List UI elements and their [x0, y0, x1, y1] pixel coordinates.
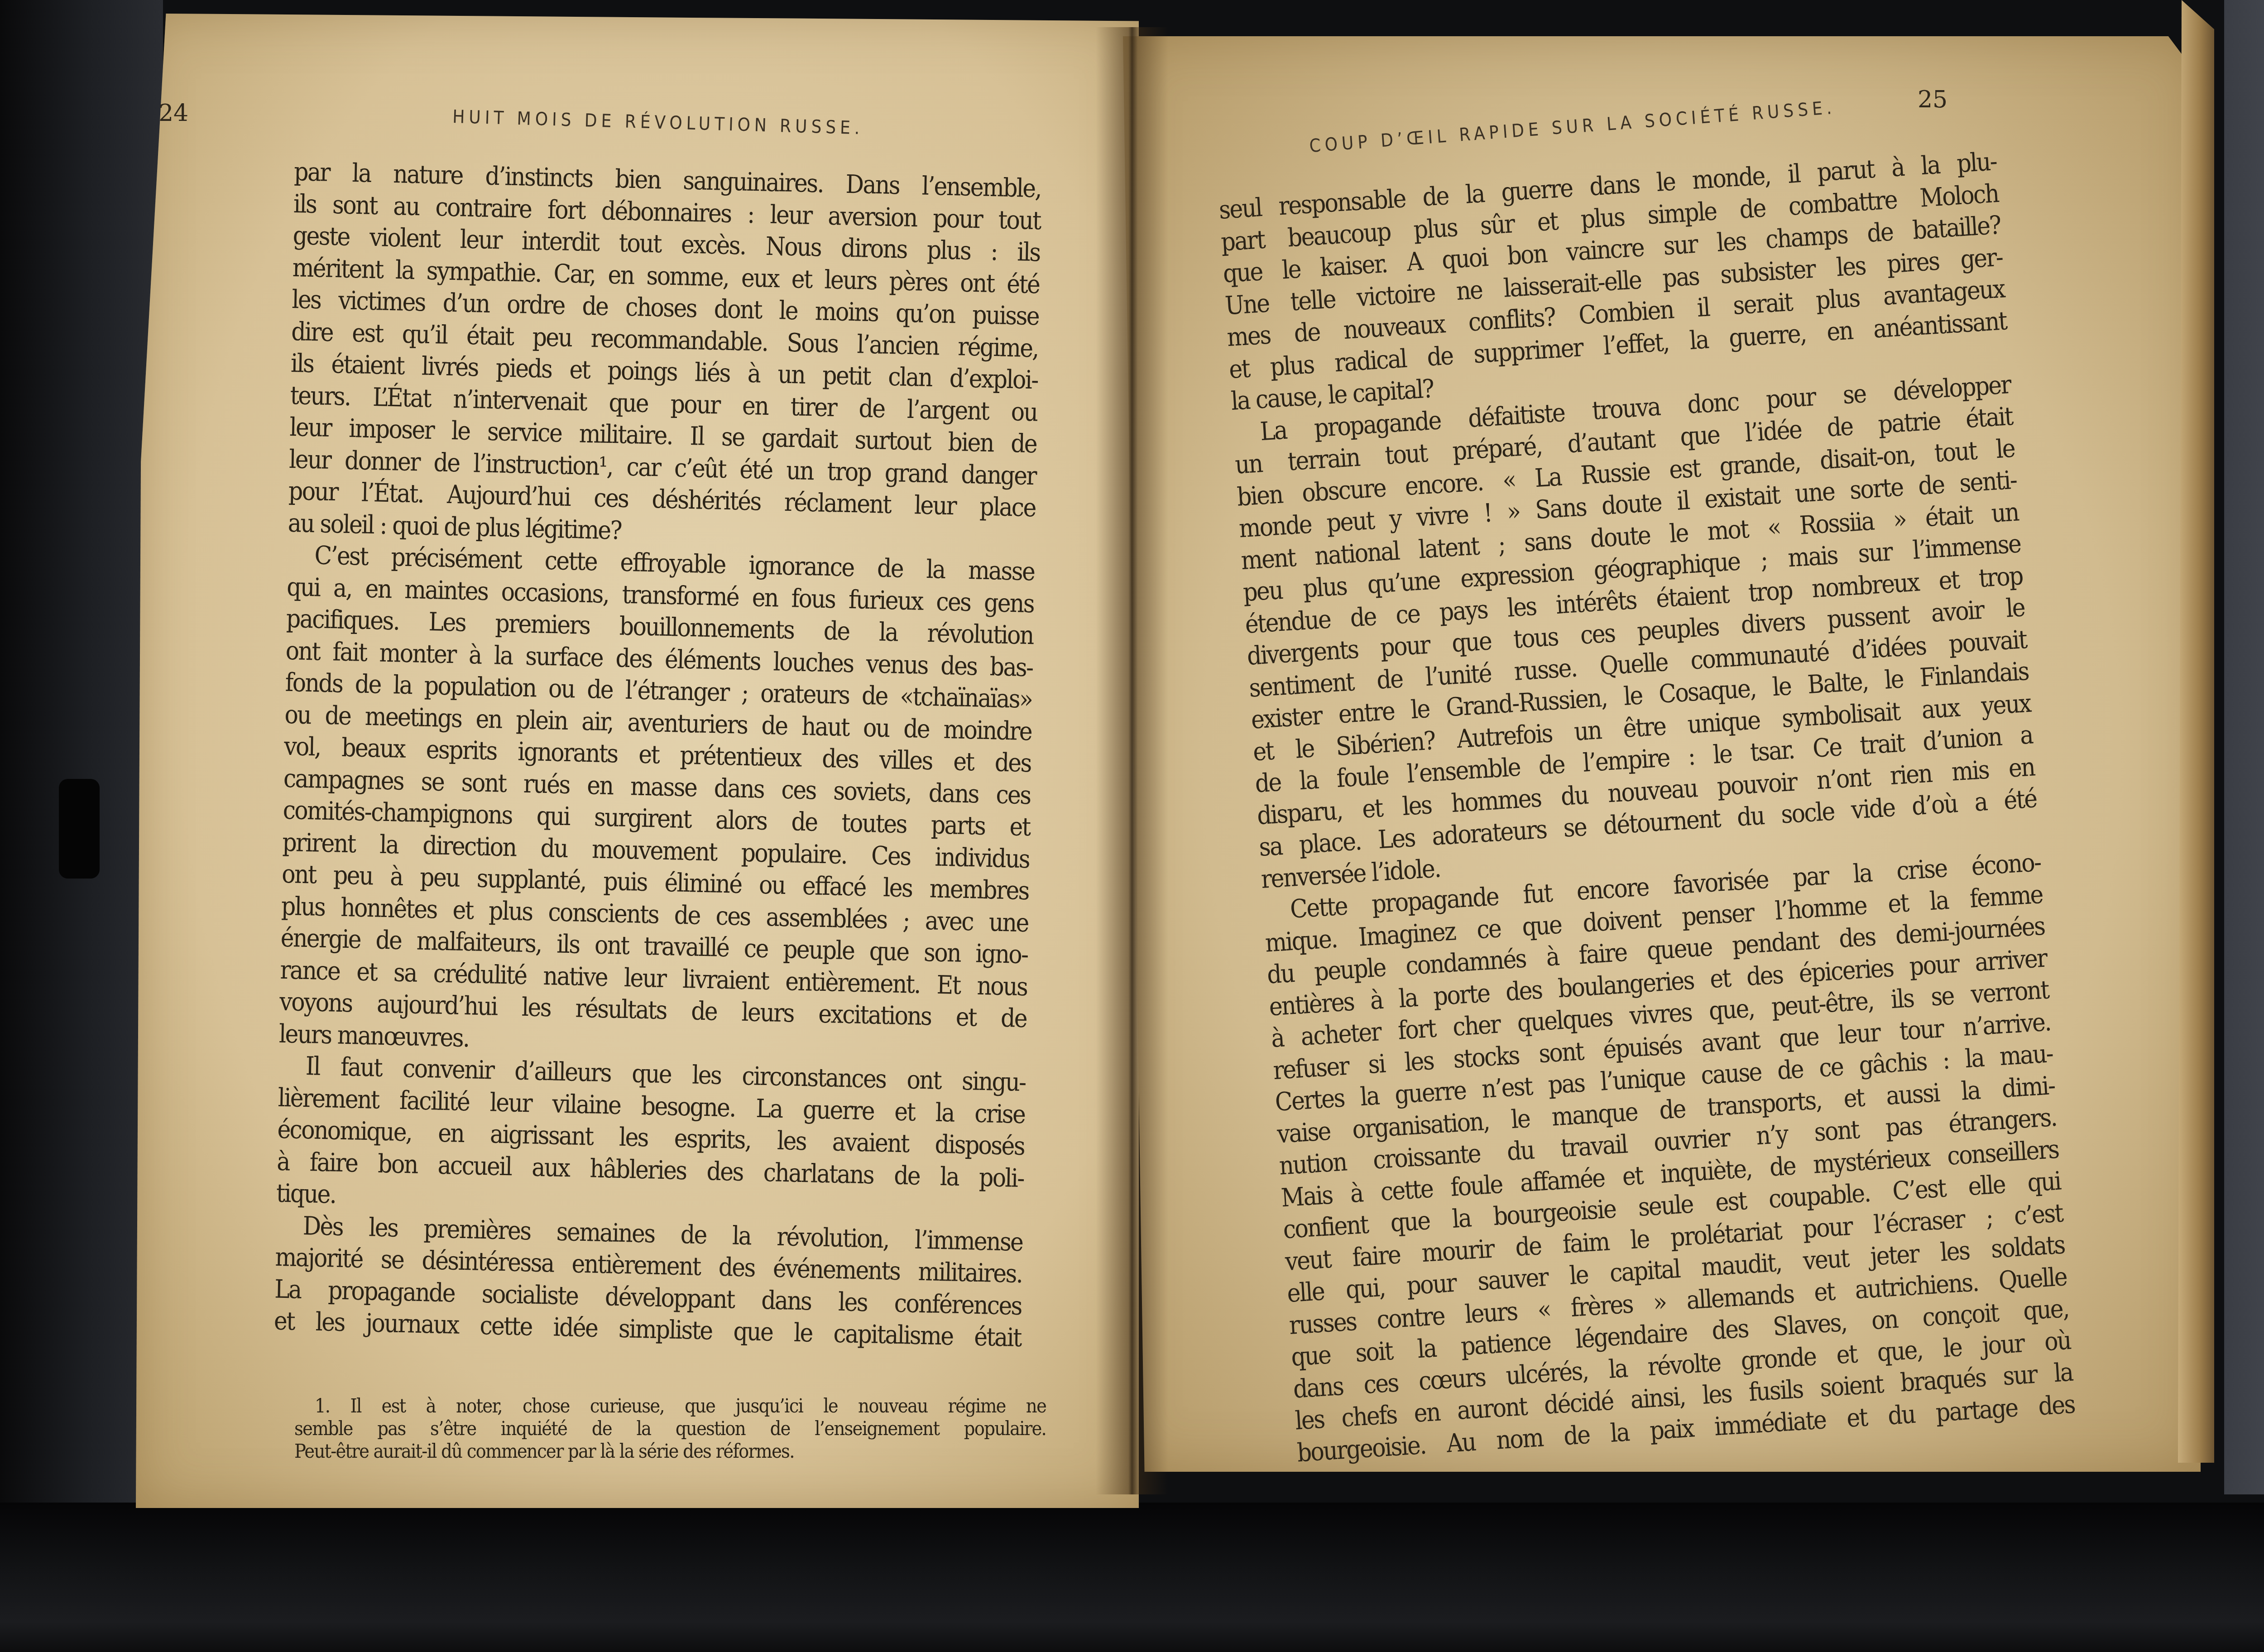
book-stand-right	[2224, 0, 2264, 1494]
book-gutter	[1096, 27, 1168, 1494]
right-page-body: seul responsable de la guerre dans le mo…	[1218, 146, 2076, 1469]
right-page-number: 25	[1918, 86, 1947, 113]
text-line: 1. Il est à noter, chose curieuse, que j…	[294, 1395, 1046, 1417]
page-clip	[59, 779, 100, 879]
left-page-number: 24	[158, 100, 188, 127]
left-page-body: par la nature d’instincts bien sanguinai…	[273, 156, 1041, 1354]
text-line: Peut-être aurait-il dû commencer par là …	[294, 1440, 1046, 1463]
book-fore-edge	[2178, 0, 2214, 1463]
left-page-footnote: 1. Il est à noter, chose curieuse, que j…	[294, 1395, 1046, 1463]
text-line: semble pas s’être inquiété de la questio…	[294, 1417, 1046, 1440]
book-stand-bottom-rail	[0, 1503, 2264, 1652]
